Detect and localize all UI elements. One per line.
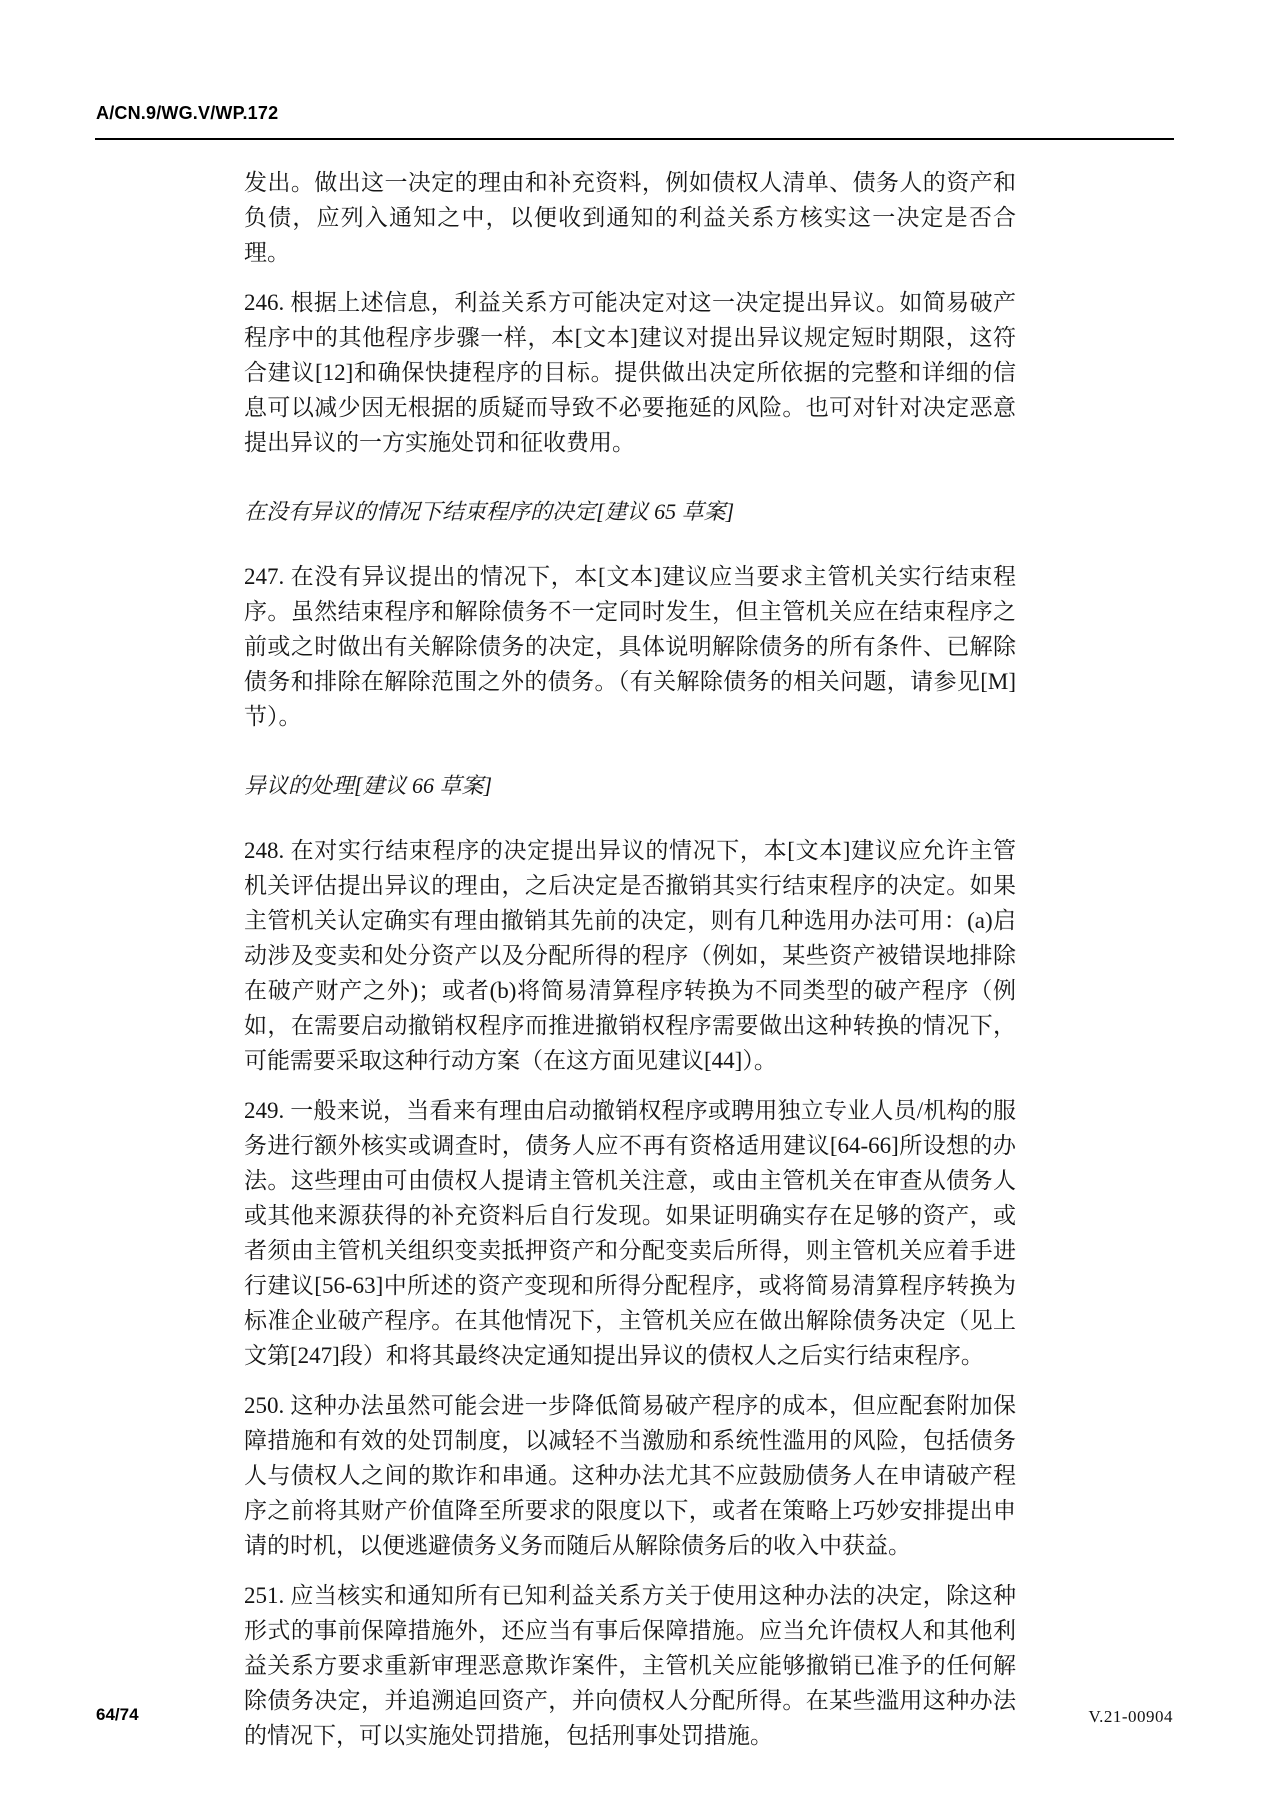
header-divider (95, 138, 1174, 140)
paragraph-continuation: 发出。做出这一决定的理由和补充资料，例如债权人清单、债务人的资产和负债，应列入通… (244, 165, 1016, 270)
paragraph-247: 247. 在没有异议提出的情况下，本[文本]建议应当要求主管机关实行结束程序。虽… (244, 559, 1016, 734)
document-symbol: A/CN.9/WG.V/WP.172 (96, 103, 278, 124)
paragraph-249: 249. 一般来说，当看来有理由启动撤销权程序或聘用独立专业人员/机构的服务进行… (244, 1093, 1016, 1373)
document-page: A/CN.9/WG.V/WP.172 发出。做出这一决定的理由和补充资料，例如债… (0, 0, 1280, 1809)
document-id: V.21-00904 (1089, 1707, 1174, 1727)
paragraph-248: 248. 在对实行结束程序的决定提出异议的情况下，本[文本]建议应允许主管机关评… (244, 833, 1016, 1078)
section-heading-recommendation-66: 异议的处理[建议 66 草案] (244, 768, 1016, 803)
paragraph-251: 251. 应当核实和通知所有已知利益关系方关于使用这种办法的决定，除这种形式的事… (244, 1578, 1016, 1753)
paragraph-246: 246. 根据上述信息，利益关系方可能决定对这一决定提出异议。如简易破产程序中的… (244, 285, 1016, 460)
document-body: 发出。做出这一决定的理由和补充资料，例如债权人清单、债务人的资产和负债，应列入通… (244, 165, 1016, 1768)
section-heading-recommendation-65: 在没有异议的情况下结束程序的决定[建议 65 草案] (244, 494, 1016, 529)
page-number: 64/74 (96, 1705, 139, 1725)
paragraph-250: 250. 这种办法虽然可能会进一步降低简易破产程序的成本，但应配套附加保障措施和… (244, 1388, 1016, 1563)
